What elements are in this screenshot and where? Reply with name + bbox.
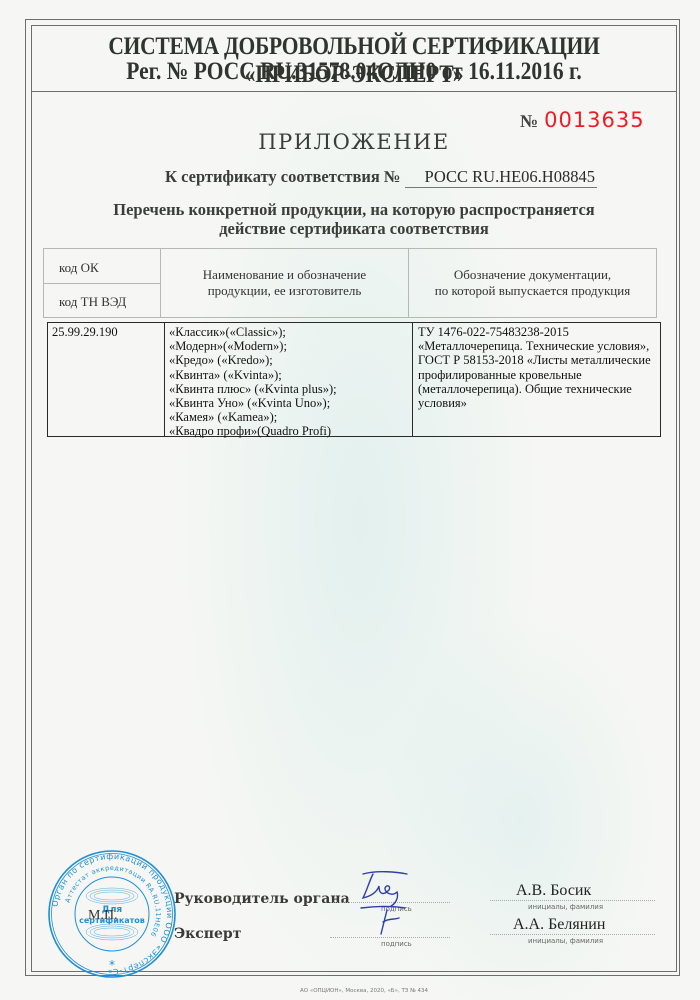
product-item: «Квинта плюс» («Kvinta plus»); [169,382,337,396]
head-name-line [490,900,655,901]
header-docs-line2: по которой выпускается продукция [409,283,656,299]
serial-number: №0013635 [520,108,645,132]
header-divider [31,91,677,92]
documentation-line: ТУ 1476-022-75483238-2015 [418,325,651,339]
documentation-list: ТУ 1476-022-75483238-2015«Металлочерепиц… [418,325,651,410]
product-item: «Квинта Уно» («Kvinta Uno»); [169,396,337,410]
head-name-caption: инициалы, фамилия [528,903,603,911]
certificate-label: К сертификату соответствия № [165,167,401,186]
serial-value: 0013635 [544,108,645,132]
header-product-line2: продукции, ее изготовитель [161,283,408,299]
product-list: «Классик»(«Classic»);«Модерн»(«Modern»);… [169,325,337,439]
product-item: «Камея» («Kamea»); [169,410,337,424]
product-item: «Модерн»(«Modern»); [169,339,337,353]
product-code: 25.99.29.190 [52,325,118,339]
cell-products: «Классик»(«Classic»);«Модерн»(«Modern»);… [165,323,413,436]
expert-label: Эксперт [174,926,241,942]
product-item: «Классик»(«Classic»); [169,325,337,339]
expert-name: А.А. Белянин [513,916,605,934]
table-row: 25.99.29.190 «Классик»(«Classic»);«Модер… [47,322,661,437]
expert-name-caption: инициалы, фамилия [528,937,603,945]
header-docs-line1: Обозначение документации, [409,267,656,283]
list-title-line1: Перечень конкретной продукции, на котору… [31,200,677,220]
svg-text:*: * [109,958,115,972]
expert-name-line [490,934,655,935]
header-product-line1: Наименование и обозначение [161,267,408,283]
product-item: «Кредо» («Kredo»); [169,353,337,367]
list-title-line2: действие сертификата соответствия [31,219,677,239]
head-name: А.В. Босик [516,882,591,900]
serial-prefix: № [520,111,538,131]
header-cell-product: Наименование и обозначение продукции, ее… [161,249,409,317]
system-registration: Рег. № РОСС RU.31578.04ОЛН0 от 16.11.201… [76,58,632,86]
page-title: ПРИЛОЖЕНИЕ [31,130,677,154]
header-code-tn-ved: код ТН ВЭД [59,294,126,310]
header-code-divider [44,283,160,284]
header-cell-codes: код ОК код ТН ВЭД [44,249,161,317]
documentation-line: (металлочерепица). Общие технические [418,382,651,396]
cell-code: 25.99.29.190 [48,323,165,436]
documentation-line: «Металлочерепица. Технические условия», [418,339,651,353]
documentation-line: профилированные кровельные [418,368,651,382]
print-info: АО «ОПЦИОН», Москва, 2020, «Б», ТЗ № 434 [300,988,428,994]
certificate-reference: К сертификату соответствия №РОСС RU.НЕ06… [165,167,597,188]
header-code-ok: код ОК [59,260,99,276]
seal-placeholder-label: М.П. [88,908,118,924]
table-header: код ОК код ТН ВЭД Наименование и обознач… [43,248,657,318]
head-of-body-label: Руководитель органа [174,891,350,907]
product-item: «Квинта» («Kvinta»); [169,368,337,382]
product-item: «Квадро профи»(Quadro Profi) [169,424,337,438]
cell-documentation: ТУ 1476-022-75483238-2015«Металлочерепиц… [413,323,660,436]
header-cell-documentation: Обозначение документации, по которой вып… [409,249,656,317]
handwritten-signature-icon [355,866,435,946]
certificate-number: РОСС RU.НЕ06.Н08845 [405,167,597,188]
documentation-line: ГОСТ Р 58153-2018 «Листы металлические [418,353,651,367]
svg-text:Аттестат аккредитации RA.RU.11: Аттестат аккредитации RA.RU.11НЕ06 [64,864,162,938]
documentation-line: условия» [418,396,651,410]
